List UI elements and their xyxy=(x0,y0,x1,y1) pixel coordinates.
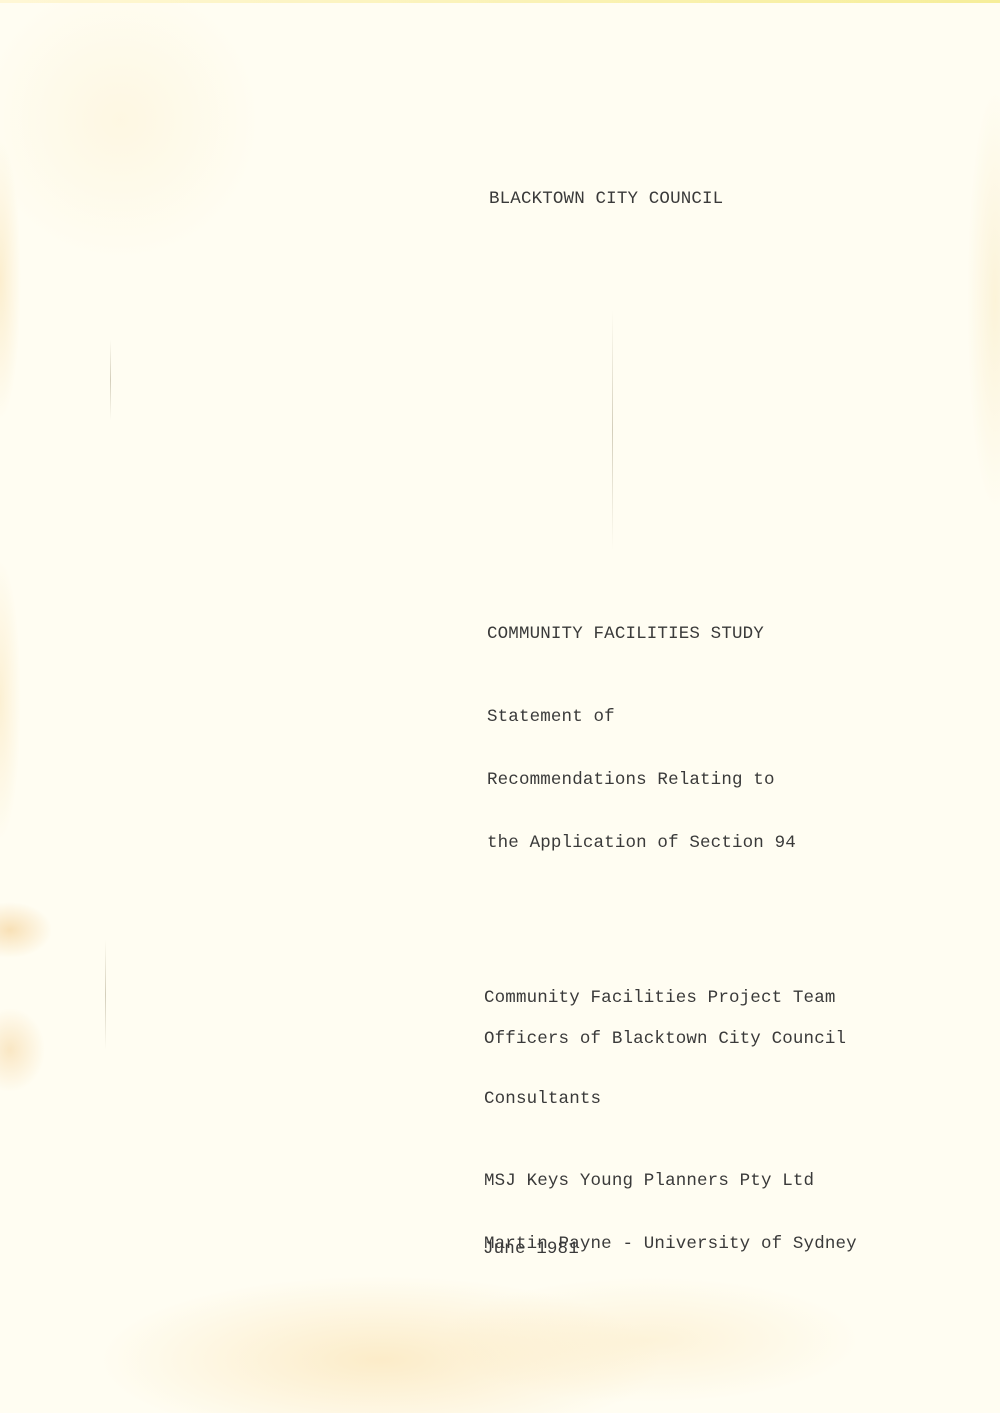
subtitle-line: Recommendations Relating to xyxy=(487,770,796,791)
project-team: Community Facilities Project Team xyxy=(484,988,836,1009)
study-title: COMMUNITY FACILITIES STUDY xyxy=(487,624,764,645)
paper-crease xyxy=(612,310,613,550)
consultant-item: MSJ Keys Young Planners Pty Ltd xyxy=(484,1171,857,1192)
document-page: BLACKTOWN CITY COUNCIL COMMUNITY FACILIT… xyxy=(0,0,1000,1413)
paper-crease xyxy=(110,340,111,420)
consultants-heading: Consultants xyxy=(484,1089,601,1110)
subtitle-line: Statement of xyxy=(487,707,796,728)
publication-date: June 1981 xyxy=(483,1239,579,1260)
organisation-heading: BLACKTOWN CITY COUNCIL xyxy=(489,189,723,210)
officers-line: Officers of Blacktown City Council xyxy=(484,1029,846,1050)
study-subtitle: Statement of Recommendations Relating to… xyxy=(487,665,796,896)
consultants-list: MSJ Keys Young Planners Pty Ltd Martin P… xyxy=(484,1129,857,1297)
subtitle-line: the Application of Section 94 xyxy=(487,833,796,854)
paper-crease xyxy=(105,940,106,1050)
page-edge xyxy=(0,0,1000,3)
